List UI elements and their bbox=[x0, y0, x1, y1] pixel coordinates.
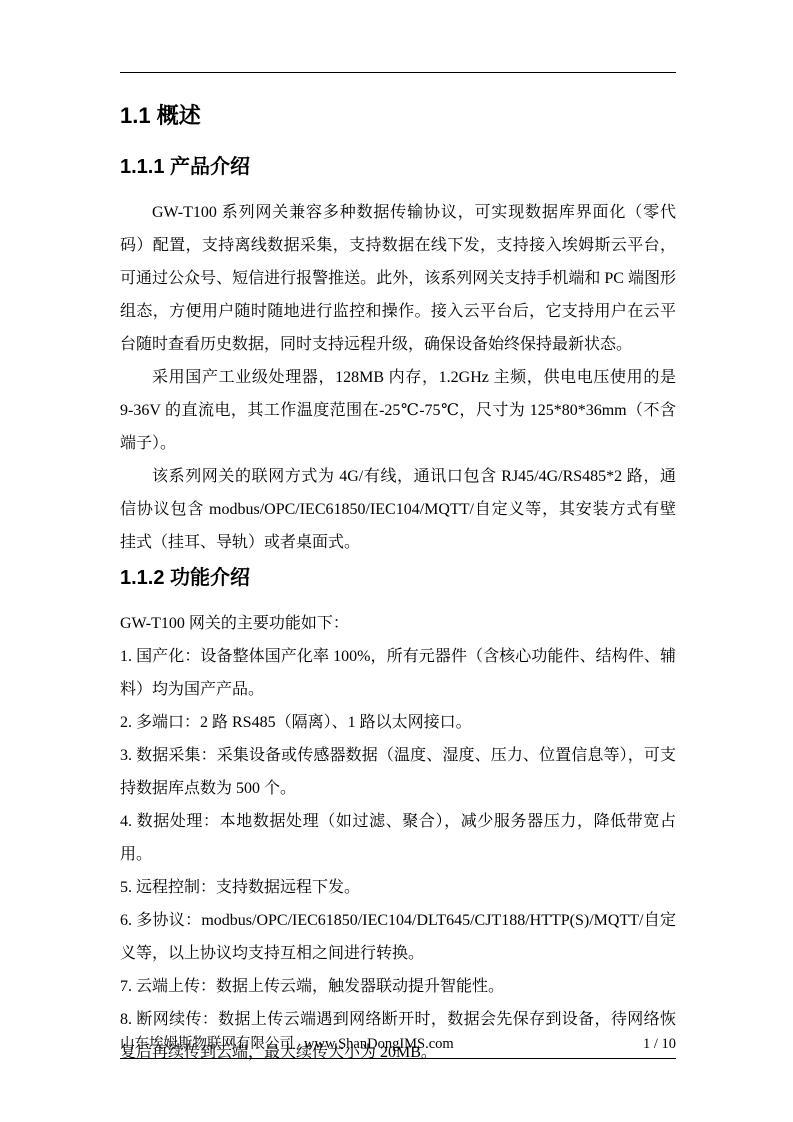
feature-list-lead: GW-T100 网关的主要功能如下： bbox=[120, 607, 676, 640]
feature-item-multi-protocol: 6. 多协议：modbus/OPC/IEC61850/IEC104/DLT645… bbox=[120, 904, 676, 970]
footer-website: www.ShanDongIMS.com bbox=[304, 1034, 454, 1054]
feature-item-data-processing: 4. 数据处理：本地数据处理（如过滤、聚合），减少服务器压力，降低带宽占用。 bbox=[120, 805, 676, 871]
footer-company-name: 山东埃姆斯物联网有限公司 bbox=[120, 1034, 294, 1054]
paragraph-product-overview: GW-T100 系列网关兼容多种数据传输协议，可实现数据库界面化（零代码）配置，… bbox=[120, 196, 676, 361]
page-footer: 山东埃姆斯物联网有限公司 www.ShanDongIMS.com 1 / 10 bbox=[120, 1034, 676, 1059]
feature-item-multi-port: 2. 多端口：2 路 RS485（隔离）、1 路以太网接口。 bbox=[120, 706, 676, 739]
document-page: 1.1 概述 1.1.1 产品介绍 GW-T100 系列网关兼容多种数据传输协议… bbox=[0, 0, 793, 1122]
feature-item-localization: 1. 国产化：设备整体国产化率 100%，所有元器件（含核心功能件、结构件、辅料… bbox=[120, 640, 676, 706]
footer-page-number: 1 / 10 bbox=[643, 1034, 676, 1054]
feature-item-remote-control: 5. 远程控制：支持数据远程下发。 bbox=[120, 871, 676, 904]
feature-item-cloud-upload: 7. 云端上传：数据上传云端，触发器联动提升智能性。 bbox=[120, 970, 676, 1003]
paragraph-connectivity: 该系列网关的联网方式为 4G/有线，通讯口包含 RJ45/4G/RS485*2 … bbox=[120, 460, 676, 559]
page-content: 1.1 概述 1.1.1 产品介绍 GW-T100 系列网关兼容多种数据传输协议… bbox=[120, 0, 676, 1069]
section-heading-overview: 1.1 概述 bbox=[120, 101, 676, 131]
subsection-heading-function-intro: 1.1.2 功能介绍 bbox=[120, 564, 676, 592]
footer-company-info: 山东埃姆斯物联网有限公司 www.ShanDongIMS.com bbox=[120, 1034, 454, 1054]
feature-item-data-collection: 3. 数据采集：采集设备或传感器数据（温度、湿度、压力、位置信息等），可支持数据… bbox=[120, 739, 676, 805]
paragraph-hardware-specs: 采用国产工业级处理器，128MB 内存，1.2GHz 主频，供电电压使用的是 9… bbox=[120, 361, 676, 460]
subsection-heading-product-intro: 1.1.1 产品介绍 bbox=[120, 153, 676, 181]
